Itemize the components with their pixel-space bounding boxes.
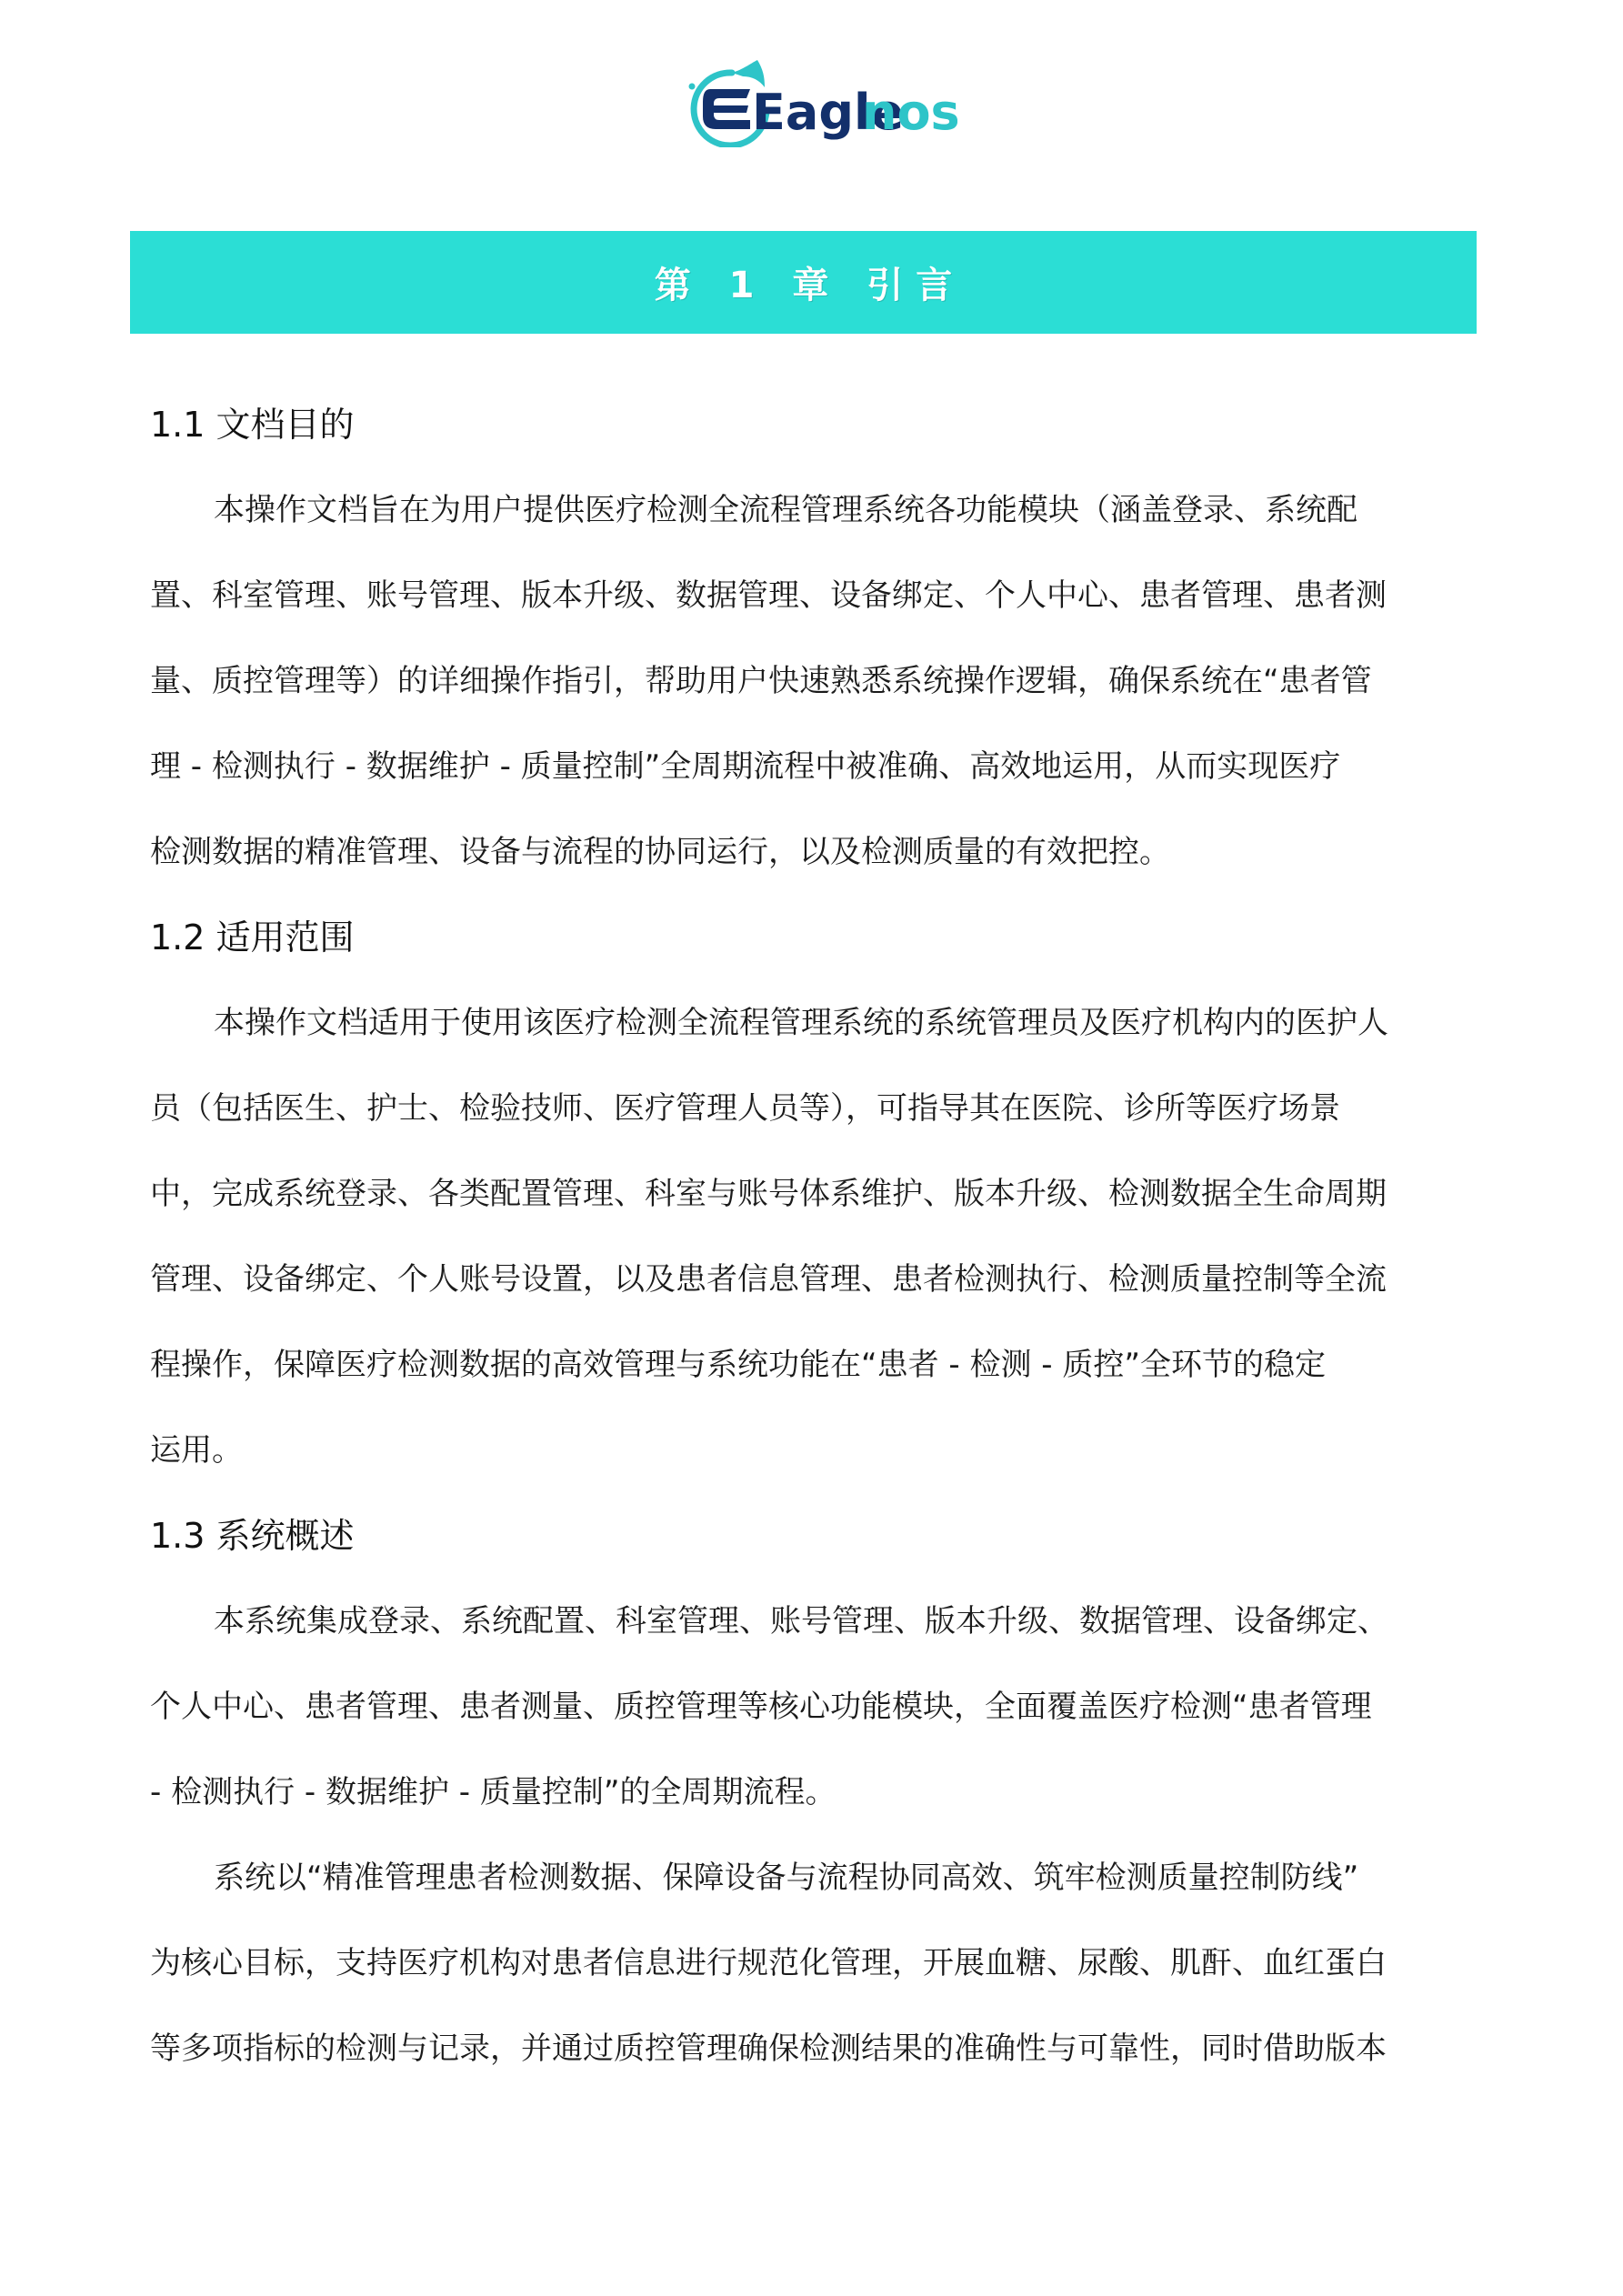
text-line: 等多项指标的检测与记录，并通过质控管理确保检测结果的准确性与可靠性，同时借助版本 — [150, 2006, 1478, 2091]
text-line: 本系统集成登录、系统配置、科室管理、账号管理、版本升级、数据管理、设备绑定、 — [150, 1579, 1478, 1664]
section-overview: 1.3 系统概述 本系统集成登录、系统配置、科室管理、账号管理、版本升级、数据管… — [150, 1493, 1478, 2091]
section-purpose: 1.1 文档目的 本操作文档旨在为用户提供医疗检测全流程管理系统各功能模块（涵盖… — [150, 382, 1478, 895]
text-line: 本操作文档适用于使用该医疗检测全流程管理系统的系统管理员及医疗机构内的医护人 — [150, 980, 1478, 1066]
paragraph: 系统以“精准管理患者检测数据、保障设备与流程协同高效、筑牢检测质量控制防线” 为… — [150, 1835, 1478, 2091]
text-line: 程操作，保障医疗检测数据的高效管理与系统功能在“患者 - 检测 - 质控”全环节… — [150, 1322, 1478, 1408]
paragraph: 本操作文档旨在为用户提供医疗检测全流程管理系统各功能模块（涵盖登录、系统配 置、… — [150, 467, 1478, 895]
text-line: - 检测执行 - 数据维护 - 质量控制”的全周期流程。 — [150, 1750, 1478, 1835]
text-line: 系统以“精准管理患者检测数据、保障设备与流程协同高效、筑牢检测质量控制防线” — [150, 1835, 1478, 1920]
section-scope: 1.2 适用范围 本操作文档适用于使用该医疗检测全流程管理系统的系统管理员及医疗… — [150, 895, 1478, 1493]
text-line: 个人中心、患者管理、患者测量、质控管理等核心功能模块，全面覆盖医疗检测“患者管理 — [150, 1664, 1478, 1750]
text-line: 管理、设备绑定、个人账号设置，以及患者信息管理、患者检测执行、检测质量控制等全流 — [150, 1237, 1478, 1322]
paragraph: 本操作文档适用于使用该医疗检测全流程管理系统的系统管理员及医疗机构内的医护人 员… — [150, 980, 1478, 1493]
logo-mark-icon: Eagle nos — [676, 56, 957, 147]
text-line: 量、质控管理等）的详细操作指引，帮助用户快速熟悉系统操作逻辑，确保系统在“患者管 — [150, 638, 1478, 724]
section-heading: 1.1 文档目的 — [150, 382, 1478, 467]
eaglenos-logo: Eagle nos — [676, 56, 957, 147]
text-line: 员（包括医生、护士、检验技师、医疗管理人员等），可指导其在医院、诊所等医疗场景 — [150, 1066, 1478, 1151]
text-line: 置、科室管理、账号管理、版本升级、数据管理、设备绑定、个人中心、患者管理、患者测 — [150, 553, 1478, 638]
logo-text-nos: nos — [862, 84, 957, 141]
text-line: 检测数据的精准管理、设备与流程的协同运行，以及检测质量的有效把控。 — [150, 809, 1478, 895]
text-line: 理 - 检测执行 - 数据维护 - 质量控制”全周期流程中被准确、高效地运用，从… — [150, 724, 1478, 809]
section-heading: 1.2 适用范围 — [150, 895, 1478, 980]
text-line: 为核心目标，支持医疗机构对患者信息进行规范化管理，开展血糖、尿酸、肌酐、血红蛋白 — [150, 1920, 1478, 2006]
text-line: 中，完成系统登录、各类配置管理、科室与账号体系维护、版本升级、检测数据全生命周期 — [150, 1151, 1478, 1237]
section-heading: 1.3 系统概述 — [150, 1493, 1478, 1579]
paragraph: 本系统集成登录、系统配置、科室管理、账号管理、版本升级、数据管理、设备绑定、 个… — [150, 1579, 1478, 1835]
text-line: 运用。 — [150, 1408, 1478, 1493]
chapter-title: 第 1 章 引言 — [642, 256, 966, 308]
text-line: 本操作文档旨在为用户提供医疗检测全流程管理系统各功能模块（涵盖登录、系统配 — [150, 467, 1478, 553]
document-body: 1.1 文档目的 本操作文档旨在为用户提供医疗检测全流程管理系统各功能模块（涵盖… — [150, 382, 1478, 2091]
chapter-banner: 第 1 章 引言 — [130, 231, 1477, 334]
